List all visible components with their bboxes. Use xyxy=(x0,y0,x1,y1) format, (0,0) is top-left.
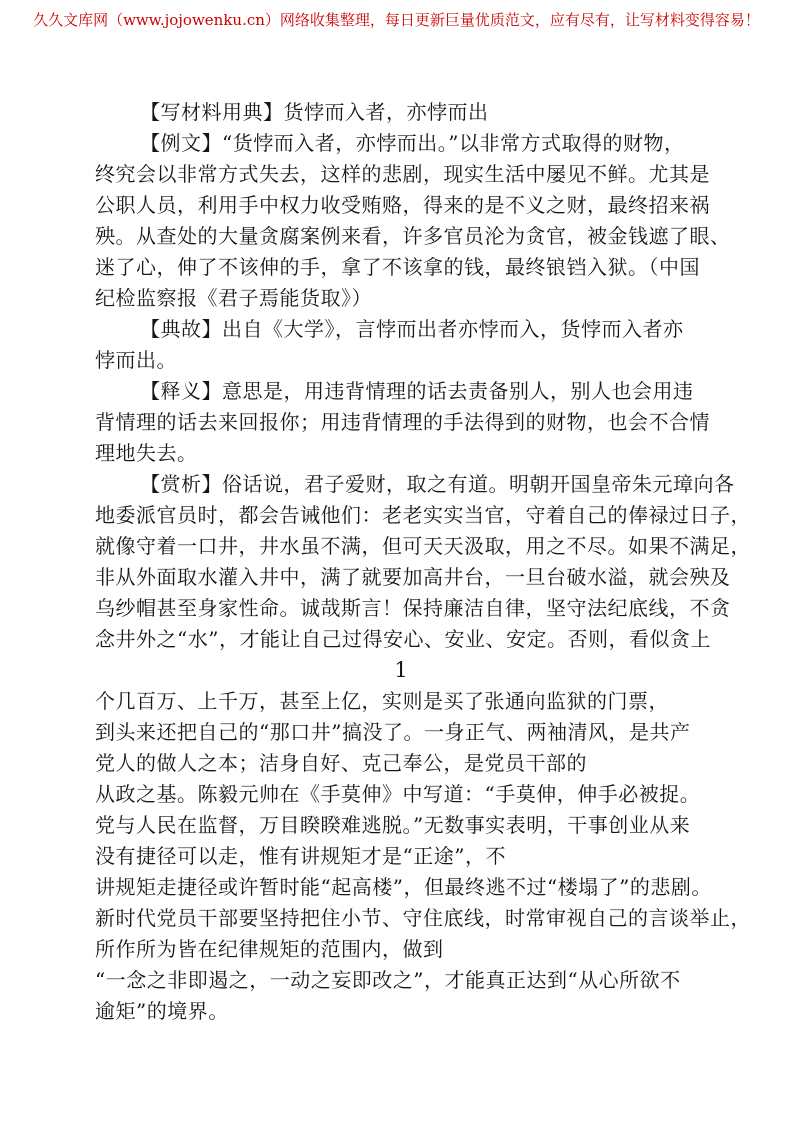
page-number: 1 xyxy=(95,655,707,686)
text-line: 纪检监察报《君子焉能货取》） xyxy=(95,283,707,314)
text-line: 逾矩”的境界。 xyxy=(95,996,707,1027)
document-page: 久久文库网（www.jojowenku.cn）网络收集整理，每日更新巨量优质范文… xyxy=(0,0,793,1122)
text-line: 背情理的话去来回报你；用违背情理的手法得到的财物，也会不合情 xyxy=(95,407,707,438)
text-line: 迷了心，伸了不该伸的手，拿了不该拿的钱，最终锒铛入狱。（中国 xyxy=(95,252,707,283)
text-line: 公职人员，利用手中权力收受贿赂，得来的是不义之财，最终招来祸 xyxy=(95,190,707,221)
text-line: 【释义】意思是，用违背情理的话去责备别人，别人也会用违 xyxy=(95,376,707,407)
document-title-line: 【写材料用典】货悖而入者，亦悖而出 xyxy=(95,97,707,128)
text-line: 讲规矩走捷径或许暂时能“起高楼”，但最终逃不过“楼塌了”的悲剧。 xyxy=(95,872,707,903)
text-line: 到头来还把自己的“那口井”搞没了。一身正气、两袖清风，是共产 xyxy=(95,717,707,748)
text-line: 终究会以非常方式失去，这样的悲剧，现实生活中屡见不鲜。尤其是 xyxy=(95,159,707,190)
text-line: 个几百万、上千万，甚至上亿，实则是买了张通向监狱的门票， xyxy=(95,686,707,717)
text-line: “一念之非即遏之，一动之妄即改之”，才能真正达到“从心所欲不 xyxy=(95,965,707,996)
text-line: 【赏析】俗话说，君子爱财，取之有道。明朝开国皇帝朱元璋向各 xyxy=(95,469,707,500)
text-line: 所作所为皆在纪律规矩的范围内，做到 xyxy=(95,934,707,965)
text-line: 就像守着一口井，井水虽不满，但可天天汲取，用之不尽。如果不满足， xyxy=(95,531,707,562)
text-line: 党与人民在监督，万目睽睽难逃脱。”无数事实表明，干事创业从来 xyxy=(95,810,707,841)
site-watermark-header: 久久文库网（www.jojowenku.cn）网络收集整理，每日更新巨量优质范文… xyxy=(0,9,793,30)
text-line: 没有捷径可以走，惟有讲规矩才是“正途”，不 xyxy=(95,841,707,872)
document-body: 【写材料用典】货悖而入者，亦悖而出【例文】“货悖而入者，亦悖而出。”以非常方式取… xyxy=(95,97,707,1027)
text-line: 新时代党员干部要坚持把住小节、守住底线，时常审视自己的言谈举止， xyxy=(95,903,707,934)
text-line: 地委派官员时，都会告诫他们：老老实实当官，守着自己的俸禄过日子， xyxy=(95,500,707,531)
text-line: 【例文】“货悖而入者，亦悖而出。”以非常方式取得的财物， xyxy=(95,128,707,159)
text-line: 乌纱帽甚至身家性命。诚哉斯言！保持廉洁自律，坚守法纪底线，不贪 xyxy=(95,593,707,624)
text-line: 理地失去。 xyxy=(95,438,707,469)
text-line: 悖而出。 xyxy=(95,345,707,376)
text-line: 殃。从查处的大量贪腐案例来看，许多官员沦为贪官，被金钱遮了眼、 xyxy=(95,221,707,252)
text-line: 从政之基。陈毅元帅在《手莫伸》中写道：“手莫伸，伸手必被捉。 xyxy=(95,779,707,810)
text-line: 【典故】出自《大学》，言悖而出者亦悖而入，货悖而入者亦 xyxy=(95,314,707,345)
text-line: 非从外面取水灌入井中，满了就要加高井台，一旦台破水溢，就会殃及 xyxy=(95,562,707,593)
text-line: 念井外之“水”，才能让自己过得安心、安业、安定。否则，看似贪上 xyxy=(95,624,707,655)
text-line: 党人的做人之本；洁身自好、克己奉公，是党员干部的 xyxy=(95,748,707,779)
